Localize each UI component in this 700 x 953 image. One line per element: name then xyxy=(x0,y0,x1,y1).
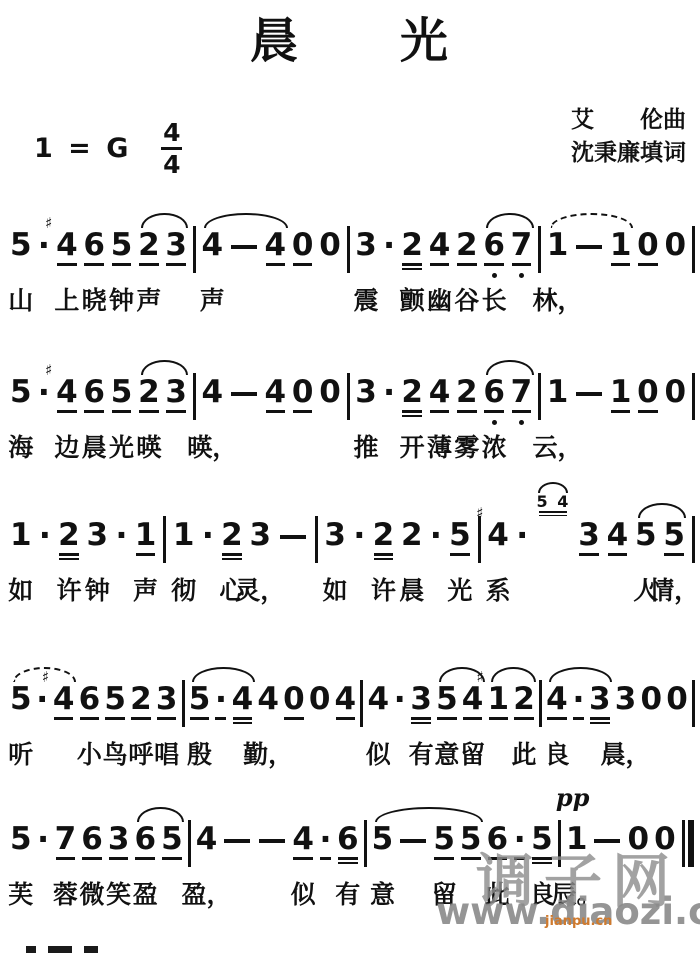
barline xyxy=(538,226,541,273)
lyric: 声 xyxy=(136,287,161,315)
barline xyxy=(315,516,318,563)
note: 3灵， xyxy=(249,520,271,560)
note: 3 xyxy=(165,377,187,417)
octave-dot xyxy=(492,420,497,425)
underline xyxy=(139,263,159,266)
note: 6晨 xyxy=(83,377,105,417)
note: 3推 xyxy=(355,377,377,417)
lyric: 殷 xyxy=(187,741,212,769)
barline xyxy=(364,820,367,867)
lyric: 系 xyxy=(486,577,511,605)
underline xyxy=(573,717,584,720)
note: 5留 xyxy=(433,824,455,864)
lyric: 海 xyxy=(8,434,33,462)
underline xyxy=(266,410,286,413)
underline xyxy=(84,263,104,266)
note: 4良 xyxy=(546,684,568,724)
underline xyxy=(463,717,483,720)
lyric: 薄 xyxy=(427,434,452,462)
note: 6小 xyxy=(79,684,101,724)
lyric: 小 xyxy=(77,741,102,769)
tie-dashed xyxy=(550,213,632,228)
barline xyxy=(188,820,191,867)
music-line-3: 1如·2许3钟·1声1彻·2心3灵，3如·2许2晨·5光4♯系·5 4345人5… xyxy=(10,520,695,563)
note: 2呼 xyxy=(130,684,152,724)
lyric: 许 xyxy=(371,577,396,605)
underline xyxy=(233,717,253,720)
note: 5意 xyxy=(372,824,394,864)
note: 4声 xyxy=(201,230,223,270)
sheet-music-page: 晨 光 1 = G 4 4 艾 伦曲 沈秉廉填词 5山·4♯上6晓5钟2声34声… xyxy=(0,0,700,953)
underline xyxy=(547,717,567,720)
note: 6微 xyxy=(81,824,103,864)
slur xyxy=(486,213,533,228)
underline xyxy=(136,553,156,556)
lyric: 山 xyxy=(8,287,33,315)
note: 7蓉 xyxy=(55,824,77,864)
barline xyxy=(193,226,196,273)
lyric: 勤， xyxy=(243,741,293,769)
barline xyxy=(478,516,481,563)
rest: 0 xyxy=(637,377,659,417)
dash-line xyxy=(257,824,287,864)
barline xyxy=(347,373,350,420)
lyric: 晨 xyxy=(82,434,107,462)
lyric: 呼 xyxy=(128,741,153,769)
underline xyxy=(434,857,454,860)
note: 1林， xyxy=(547,230,569,270)
underline xyxy=(293,263,313,266)
barline xyxy=(163,516,166,563)
underline xyxy=(411,722,431,725)
augmentation-dot: · xyxy=(429,520,442,560)
note: 4勤， xyxy=(257,684,279,724)
lyric: 似 xyxy=(366,741,391,769)
dash-line xyxy=(229,230,259,270)
barline xyxy=(692,373,695,420)
lyric: 意 xyxy=(434,741,459,769)
underline xyxy=(402,268,422,271)
augmentation-dot: · xyxy=(393,684,406,724)
underline xyxy=(336,717,356,720)
underline xyxy=(131,717,151,720)
lyric: 此 xyxy=(512,741,537,769)
lyric: 鸟 xyxy=(103,741,128,769)
underline xyxy=(430,263,450,266)
note: 5钟 xyxy=(111,230,133,270)
underline xyxy=(162,857,182,860)
note: 3有 xyxy=(410,684,432,724)
slur xyxy=(538,482,568,493)
underline xyxy=(293,410,313,413)
lyric: 蓉 xyxy=(53,881,78,909)
lyric: 盈， xyxy=(181,881,231,909)
slur xyxy=(491,667,535,682)
underline xyxy=(139,410,159,413)
note: 4♯系 xyxy=(487,520,509,560)
underline xyxy=(284,717,304,720)
lyric: 谷 xyxy=(454,287,479,315)
tie-dashed xyxy=(13,667,75,682)
underline xyxy=(608,553,628,556)
note: 4 xyxy=(265,377,287,417)
music-line-2: 5海·4♯边6晨5光2暎34暎，4003推·2开4薄2雾6浓71云，100 xyxy=(10,377,695,420)
lyric: 声 xyxy=(133,577,158,605)
lyric: 晨， xyxy=(601,741,651,769)
lyric: 如 xyxy=(8,577,33,605)
score: 5山·4♯上6晓5钟2声34声4003震·2颤4幽2谷6长71林，1005海·4… xyxy=(10,0,695,953)
lyric: 推 xyxy=(354,434,379,462)
rest: 0 xyxy=(637,230,659,270)
slur xyxy=(141,360,187,375)
underline xyxy=(105,717,125,720)
augmentation-dot: · xyxy=(319,824,332,864)
dash-line xyxy=(574,377,604,417)
lyric: 暎， xyxy=(187,434,237,462)
underline xyxy=(59,553,79,556)
final-barline xyxy=(681,820,695,867)
note: 6长 xyxy=(483,230,505,270)
lyric: 微 xyxy=(80,881,105,909)
slur xyxy=(192,667,254,682)
note: 4幽 xyxy=(429,230,451,270)
underline xyxy=(402,415,422,418)
note: 1 xyxy=(610,230,632,270)
note: 5鸟 xyxy=(104,684,126,724)
underline xyxy=(437,717,457,720)
rest: 0 xyxy=(283,684,305,724)
rest: 0 xyxy=(309,684,331,724)
note: 1如 xyxy=(10,520,32,560)
note: 4薄 xyxy=(429,377,451,417)
lyric: 震 xyxy=(354,287,379,315)
underline xyxy=(157,717,177,720)
underline xyxy=(411,717,431,720)
note: 2声 xyxy=(138,230,160,270)
underline xyxy=(222,558,242,561)
underline xyxy=(80,717,100,720)
note: 4 xyxy=(265,230,287,270)
note: 5情， xyxy=(663,520,685,560)
underline xyxy=(512,410,532,413)
dash-line xyxy=(222,824,252,864)
lyric: 光 xyxy=(447,577,472,605)
underline xyxy=(374,553,394,556)
sharp-sign: ♯ xyxy=(476,506,483,521)
note: 3 xyxy=(165,230,187,270)
note: 2谷 xyxy=(456,230,478,270)
lyric: 听 xyxy=(8,741,33,769)
lyric: 暎 xyxy=(136,434,161,462)
note: 6浓 xyxy=(483,377,505,417)
underline xyxy=(112,410,132,413)
note: 5光 xyxy=(449,520,471,560)
augmentation-dot: · xyxy=(37,377,50,417)
barline xyxy=(182,680,185,727)
note: 2晨 xyxy=(401,520,423,560)
underline xyxy=(59,558,79,561)
augmentation-dot: · xyxy=(353,520,366,560)
barline xyxy=(539,680,542,727)
note: 4留 xyxy=(462,684,484,724)
note: 4 xyxy=(335,684,357,724)
note: 5芙 xyxy=(10,824,32,864)
underline xyxy=(57,263,77,266)
underline xyxy=(590,717,610,720)
underline xyxy=(579,553,599,556)
rest: 0 xyxy=(664,377,686,417)
lyric: 浓 xyxy=(482,434,507,462)
note: 2雾 xyxy=(456,377,478,417)
underline xyxy=(611,263,631,266)
underline xyxy=(457,410,477,413)
note: 5听 xyxy=(10,684,32,724)
lyric: 光 xyxy=(109,434,134,462)
augmentation-dot: · xyxy=(516,520,529,560)
note: 2心 xyxy=(221,520,243,560)
slur xyxy=(638,503,685,518)
underline xyxy=(489,717,509,720)
note: 5意 xyxy=(436,684,458,724)
note: 5光 xyxy=(111,377,133,417)
underline xyxy=(484,410,504,413)
barline xyxy=(692,516,695,563)
note: 2开 xyxy=(401,377,423,417)
lyric: 有 xyxy=(335,881,360,909)
note: 3 xyxy=(578,520,600,560)
dynamic-pp: pp xyxy=(556,786,590,810)
note: 2许 xyxy=(373,520,395,560)
augmentation-dot: · xyxy=(383,377,396,417)
underline xyxy=(166,263,186,266)
lyric: 雾 xyxy=(454,434,479,462)
lyric: 情， xyxy=(649,577,699,605)
note: 7 xyxy=(511,230,533,270)
underline xyxy=(512,263,532,266)
lyric: 钟 xyxy=(85,577,110,605)
augmentation-dot: · xyxy=(572,684,585,724)
lyric: 许 xyxy=(56,577,81,605)
rest: 0 xyxy=(292,230,314,270)
lyric: 彻 xyxy=(171,577,196,605)
note: 3晨， xyxy=(615,684,637,724)
lyric: 似 xyxy=(291,881,316,909)
underline xyxy=(112,263,132,266)
barline xyxy=(692,226,695,273)
lyric: 意 xyxy=(370,881,395,909)
lyric: 钟 xyxy=(109,287,134,315)
lyric: 颤 xyxy=(400,287,425,315)
slur xyxy=(141,213,187,228)
augmentation-dot: · xyxy=(37,824,50,864)
grace-notes: 5 4 xyxy=(535,494,571,520)
underline xyxy=(84,410,104,413)
underline xyxy=(166,410,186,413)
underline xyxy=(54,717,74,720)
lyric: 晓 xyxy=(82,287,107,315)
note: 6有 xyxy=(337,824,359,864)
sharp-sign: ♯ xyxy=(45,363,52,378)
augmentation-dot: · xyxy=(38,520,51,560)
barline xyxy=(360,680,363,727)
lyric: 边 xyxy=(54,434,79,462)
underline xyxy=(233,722,253,725)
lyric: 唱 xyxy=(154,741,179,769)
rest: 0 xyxy=(666,684,688,724)
lyric: 云， xyxy=(533,434,583,462)
note: 2此 xyxy=(513,684,535,724)
note: 3笑 xyxy=(108,824,130,864)
underline xyxy=(222,553,242,556)
note: 1♯ xyxy=(488,684,510,724)
augmentation-dot: · xyxy=(214,684,227,724)
slur xyxy=(137,807,183,822)
slur xyxy=(486,360,533,375)
octave-dot xyxy=(519,420,524,425)
slur xyxy=(375,807,482,822)
lyric: 笑 xyxy=(106,881,131,909)
lyric: 林， xyxy=(533,287,583,315)
underline xyxy=(57,410,77,413)
music-line-4: 5听·4♯6小5鸟2呼3唱5殷·44勤，0044似·3有5意4留1♯2此4良·3… xyxy=(10,684,695,727)
note: 4似 xyxy=(292,824,314,864)
slur xyxy=(204,213,287,228)
note: 6盈 xyxy=(134,824,156,864)
note: 3钟 xyxy=(87,520,109,560)
rest: 0 xyxy=(664,230,686,270)
underline xyxy=(402,410,422,413)
note: 4似 xyxy=(367,684,389,724)
augmentation-dot: · xyxy=(36,684,49,724)
slur xyxy=(549,667,611,682)
note: 5人 xyxy=(635,520,657,560)
underline xyxy=(293,857,313,860)
underline xyxy=(320,857,331,860)
note: 5 xyxy=(161,824,183,864)
note: 1云， xyxy=(547,377,569,417)
page-edge-fragment xyxy=(26,946,146,953)
lyric: 晨 xyxy=(399,577,424,605)
note: 5海 xyxy=(10,377,32,417)
lyric: 开 xyxy=(400,434,425,462)
note: 1声 xyxy=(135,520,157,560)
augmentation-dot: · xyxy=(37,230,50,270)
underline xyxy=(402,263,422,266)
lyric: 芙 xyxy=(8,881,33,909)
note: 2许 xyxy=(58,520,80,560)
underline xyxy=(430,410,450,413)
augmentation-dot: · xyxy=(201,520,214,560)
rest: 0 xyxy=(292,377,314,417)
underline xyxy=(215,717,226,720)
rest: 0 xyxy=(319,230,341,270)
lyric: 盈 xyxy=(133,881,158,909)
underline xyxy=(450,553,470,556)
lyric: 如 xyxy=(323,577,348,605)
underline xyxy=(638,410,658,413)
underline xyxy=(484,263,504,266)
augmentation-dot: · xyxy=(115,520,128,560)
underline xyxy=(266,263,286,266)
note: 5殷 xyxy=(189,684,211,724)
underline xyxy=(590,722,610,725)
octave-dot xyxy=(492,273,497,278)
lyric: 上 xyxy=(54,287,79,315)
underline xyxy=(135,857,155,860)
rest: 0 xyxy=(319,377,341,417)
underline xyxy=(190,717,210,720)
note: 4暎， xyxy=(201,377,223,417)
note: 2暎 xyxy=(138,377,160,417)
octave-dot xyxy=(519,273,524,278)
note: 4♯边 xyxy=(56,377,78,417)
underline xyxy=(457,263,477,266)
underline xyxy=(374,558,394,561)
note: 4 xyxy=(607,520,629,560)
note: 3唱 xyxy=(156,684,178,724)
note: 6晓 xyxy=(83,230,105,270)
underline xyxy=(664,553,684,556)
dash-line xyxy=(574,230,604,270)
note: 4 xyxy=(232,684,254,724)
note: 3如 xyxy=(324,520,346,560)
underline xyxy=(514,717,534,720)
underline xyxy=(338,862,358,865)
lyric: 声 xyxy=(200,287,225,315)
lyric: 有 xyxy=(409,741,434,769)
underline xyxy=(611,410,631,413)
barline xyxy=(692,680,695,727)
note: 4♯ xyxy=(53,684,75,724)
underline xyxy=(638,263,658,266)
note: 2颤 xyxy=(401,230,423,270)
dash-line xyxy=(229,377,259,417)
note: 3 xyxy=(589,684,611,724)
watermark-small-text: jianpu.cn xyxy=(545,914,612,929)
lyric: 灵， xyxy=(235,577,285,605)
underline xyxy=(338,857,358,860)
note: 4♯上 xyxy=(56,230,78,270)
dash-line xyxy=(278,520,308,560)
note: 5山 xyxy=(10,230,32,270)
sharp-sign: ♯ xyxy=(45,216,52,231)
barline xyxy=(347,226,350,273)
note: 1 xyxy=(610,377,632,417)
underline xyxy=(109,857,129,860)
note: 7 xyxy=(511,377,533,417)
lyric: 良 xyxy=(544,741,569,769)
underline xyxy=(82,857,102,860)
augmentation-dot: · xyxy=(383,230,396,270)
barline xyxy=(193,373,196,420)
lyric: 幽 xyxy=(427,287,452,315)
lyric: 长 xyxy=(482,287,507,315)
rest: 0 xyxy=(641,684,663,724)
barline xyxy=(538,373,541,420)
dash-line xyxy=(398,824,428,864)
note: 3震 xyxy=(355,230,377,270)
note: 1彻 xyxy=(173,520,195,560)
music-line-1: 5山·4♯上6晓5钟2声34声4003震·2颤4幽2谷6长71林，100 xyxy=(10,230,695,273)
underline xyxy=(56,857,76,860)
lyric: 留 xyxy=(460,741,485,769)
note: 4盈， xyxy=(196,824,218,864)
